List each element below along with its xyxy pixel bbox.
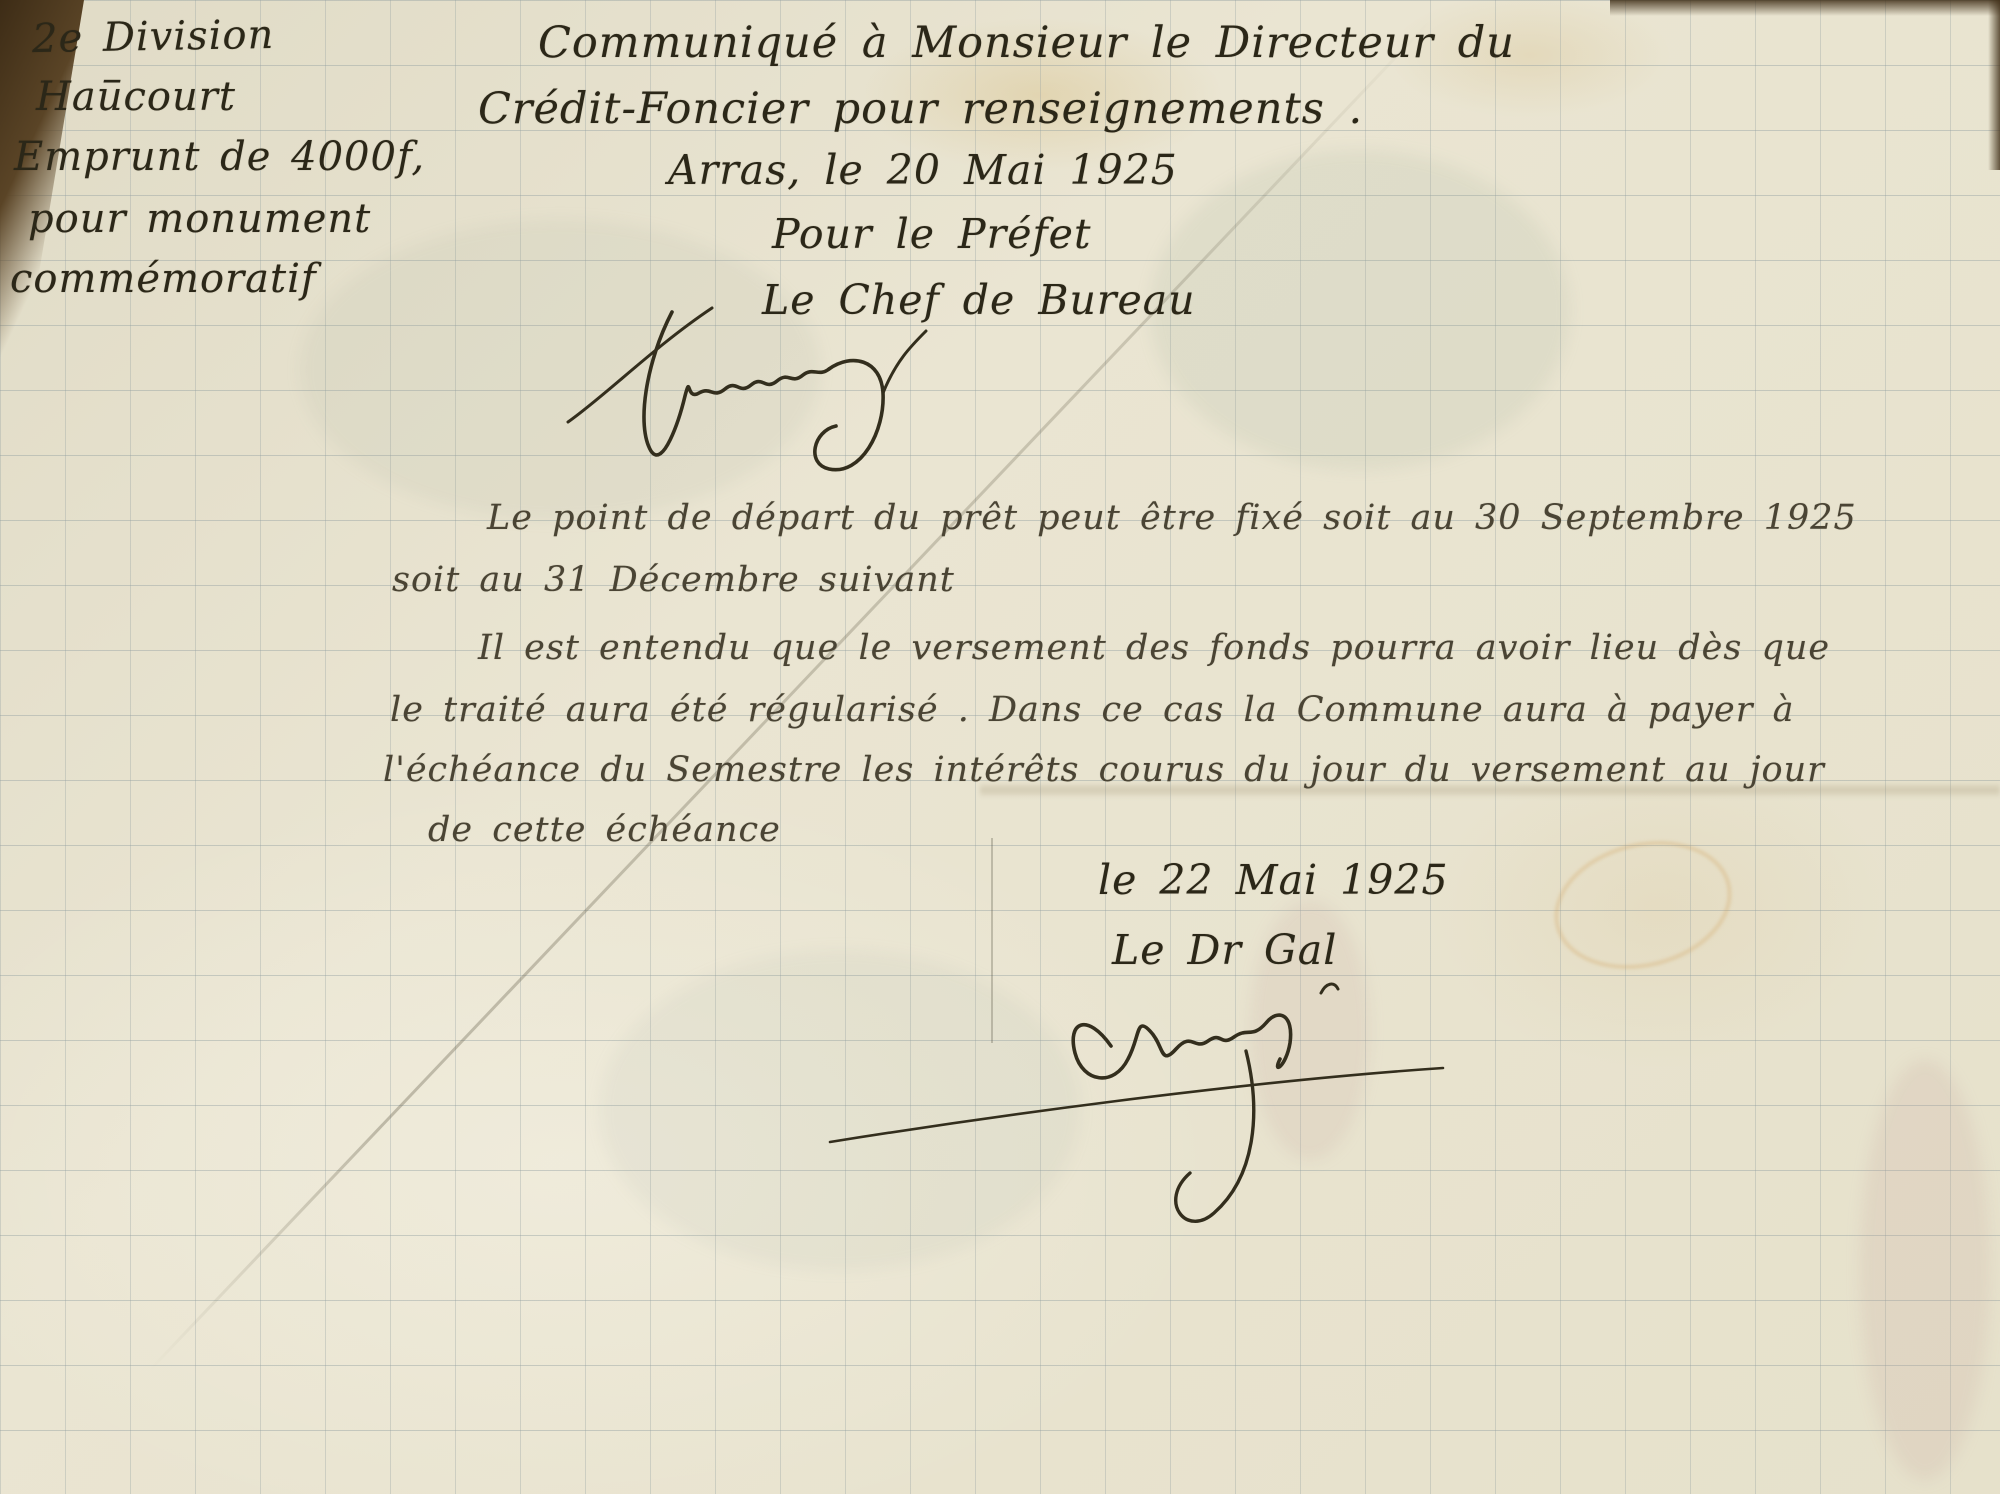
header-line: Crédit-Foncier pour renseignements .: [478, 84, 1363, 134]
bleedthrough-smudge: [1150, 150, 1570, 470]
flourish-signature: [550, 300, 940, 495]
margin-note-line: 2e Division: [32, 12, 275, 62]
paragraph-line: Le point de départ du prêt peut être fix…: [487, 498, 1857, 538]
paragraph-line: soit au 31 Décembre suivant: [392, 560, 955, 600]
margin-note-line: pour monument: [28, 196, 371, 242]
header-line: Communiqué à Monsieur le Directeur du: [538, 18, 1515, 68]
signoff-line: Pour le Préfet: [772, 210, 1091, 258]
flourish-signature-underlined: [815, 950, 1465, 1250]
paragraph-line: le traité aura été régularisé . Dans ce …: [390, 690, 1794, 730]
closing-date: le 22 Mai 1925: [1098, 856, 1449, 904]
paper-edge-right: [1988, 0, 2000, 170]
margin-note-line: Haucourt: [36, 74, 236, 120]
margin-note-line: Emprunt de 4000f,: [14, 134, 425, 180]
paragraph-line: l'échéance du Semestre les intérêts cour…: [383, 750, 1825, 790]
dateline: Arras, le 20 Mai 1925: [668, 146, 1178, 194]
paragraph-line: de cette échéance: [428, 810, 781, 850]
faint-stamp: [1541, 823, 1746, 987]
paper-edge-top-right: [1610, 0, 2000, 16]
paragraph-line: Il est entendu que le versement des fond…: [478, 628, 1830, 668]
margin-note-line: commémoratif: [10, 256, 317, 302]
document-scan: 2e Division – Haucourt Emprunt de 4000f,…: [0, 0, 2000, 1494]
bleedthrough-smudge: [1860, 1060, 1990, 1480]
